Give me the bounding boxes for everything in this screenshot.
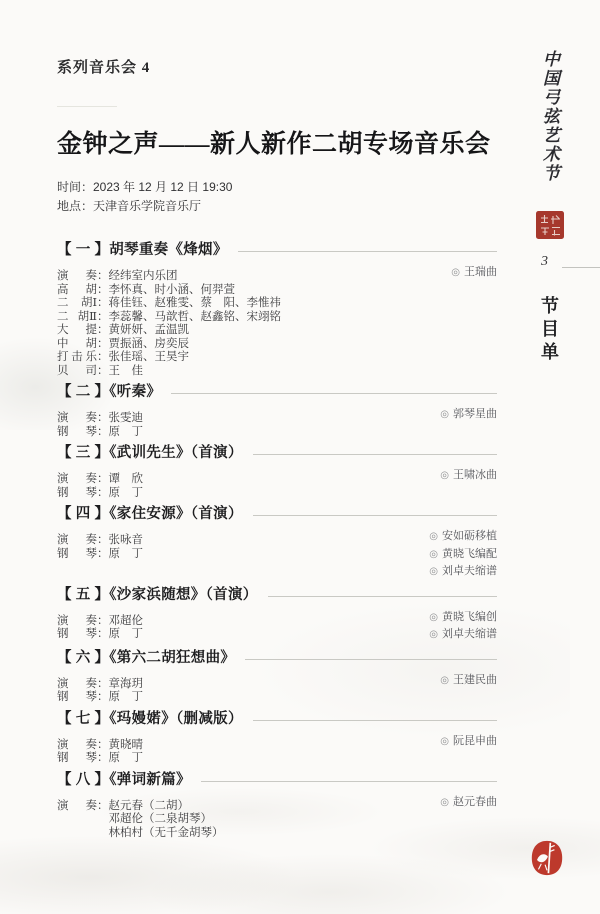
performer-role-char: 演 bbox=[57, 473, 69, 487]
credit-bullet-icon: ◎ bbox=[429, 566, 438, 577]
credit-list: ◎王啸冰曲 bbox=[440, 464, 497, 485]
title-rule bbox=[253, 720, 497, 721]
credit-line: ◎黄晓飞编创 bbox=[429, 609, 497, 627]
performer-names: 原 丁 bbox=[109, 426, 144, 440]
program-item-title: 【 三 】《武训先生》（首演） bbox=[57, 443, 243, 464]
performer-names: 张佳瑶、王昊宇 bbox=[109, 351, 190, 365]
role-colon: ： bbox=[97, 412, 109, 426]
performer-names: 黄妍妍、孟温凯 bbox=[109, 324, 190, 338]
program-item: 【 三 】《武训先生》（首演）演奏：谭 欣钢琴：原 丁◎王啸冰曲 bbox=[57, 443, 497, 500]
performer-role-char: 钢 bbox=[57, 487, 69, 501]
program-item-body: 演奏：张咏音钢琴：原 丁◎安如砺移植◎黄晓飞编配◎刘卓夫缩谱 bbox=[57, 525, 497, 581]
performer-line: 二胡Ⅱ：李蕊馨、马歆哲、赵鑫铭、宋翊铭 bbox=[57, 311, 281, 325]
performer-line: 大提：黄妍妍、孟温凯 bbox=[57, 324, 281, 338]
performer-line: 中胡：贾振涵、房奕辰 bbox=[57, 338, 281, 352]
performer-list: 演奏：邓超伦钢琴：原 丁 bbox=[57, 606, 143, 642]
role-colon: ： bbox=[97, 739, 109, 753]
performer-role-char: 钢 bbox=[57, 628, 69, 642]
performer-line: 二胡Ⅰ：蒋佳钰、赵雅雯、蔡 阳、李惟祎 bbox=[57, 297, 281, 311]
performer-role-char: 大 bbox=[57, 324, 69, 338]
performer-role: 中胡 bbox=[57, 338, 97, 352]
role-colon: ： bbox=[97, 426, 109, 440]
performer-line: 钢琴：原 丁 bbox=[57, 691, 143, 705]
program-item-body: 演奏：邓超伦钢琴：原 丁◎黄晓飞编创◎刘卓夫缩谱 bbox=[57, 606, 497, 644]
performer-role: 演奏 bbox=[57, 534, 97, 548]
credit-line: ◎郭琴星曲 bbox=[440, 406, 497, 424]
program-item-header: 【 六 】《第六二胡狂想曲》 bbox=[57, 648, 497, 669]
role-colon: ： bbox=[97, 534, 109, 548]
credit-text: 黄晓飞编配 bbox=[442, 548, 497, 560]
performer-role: 贝司 bbox=[57, 365, 97, 379]
program-item: 【 四 】《家住安源》（首演）演奏：张咏音钢琴：原 丁◎安如砺移植◎黄晓飞编配◎… bbox=[57, 504, 497, 581]
role-colon: ： bbox=[97, 800, 109, 814]
credit-bullet-icon: ◎ bbox=[451, 267, 460, 278]
program-item: 【 七 】《玛嫚婼》（删减版）演奏：黄晓晴钢琴：原 丁◎阮昆申曲 bbox=[57, 709, 497, 766]
performer-role-char: 二 bbox=[57, 297, 69, 311]
program-item-header: 【 五 】《沙家浜随想》（首演） bbox=[57, 585, 497, 606]
performer-role-char: 高 bbox=[57, 284, 69, 298]
program-item-number: 【 二 】 bbox=[57, 384, 109, 400]
performer-role-char: 琴 bbox=[86, 548, 98, 562]
performer-role-char: 演 bbox=[57, 800, 69, 814]
performer-role: 演奏 bbox=[57, 739, 97, 753]
program-item-name: 《家住安源》（首演） bbox=[109, 506, 243, 522]
performer-names: 林柏村（无千金胡琴） bbox=[109, 827, 224, 841]
performer-role-char: 奏 bbox=[86, 412, 98, 426]
performer-list: 演奏：谭 欣钢琴：原 丁 bbox=[57, 464, 143, 500]
performer-role-char: 胡Ⅰ bbox=[81, 297, 97, 311]
series-divider bbox=[57, 106, 117, 107]
performer-role-char: 奏 bbox=[86, 473, 98, 487]
program-item-number: 【 一 】 bbox=[57, 242, 109, 258]
performer-role-char: 钢 bbox=[57, 426, 69, 440]
performer-list: 演奏：赵元春（二胡）：邓超伦（二泉胡琴）：林柏村（无千金胡琴） bbox=[57, 791, 224, 841]
credit-text: 黄晓飞编创 bbox=[442, 611, 497, 623]
performer-role-char: 钢 bbox=[57, 548, 69, 562]
program-item-title: 【 八 】《弹词新篇》 bbox=[57, 770, 191, 791]
credit-text: 刘卓夫缩谱 bbox=[442, 628, 497, 640]
performer-names: 经纬室内乐团 bbox=[109, 270, 178, 284]
program-item-body: 演奏：黄晓晴钢琴：原 丁◎阮昆申曲 bbox=[57, 730, 497, 766]
concert-title: 金钟之声——新人新作二胡专场音乐会 bbox=[57, 124, 491, 160]
performer-line: 钢琴：原 丁 bbox=[57, 628, 143, 642]
credit-bullet-icon: ◎ bbox=[440, 736, 449, 747]
performer-role: 大提 bbox=[57, 324, 97, 338]
performer-role-char: 击 bbox=[71, 351, 83, 365]
credit-text: 王建民曲 bbox=[453, 674, 497, 686]
performer-list: 演奏：张雯迪钢琴：原 丁 bbox=[57, 403, 143, 439]
credit-text: 刘卓夫缩谱 bbox=[442, 565, 497, 577]
performer-names: 贾振涵、房奕辰 bbox=[109, 338, 190, 352]
program-item-body: 演奏：赵元春（二胡）：邓超伦（二泉胡琴）：林柏村（无千金胡琴）◎赵元春曲 bbox=[57, 791, 497, 841]
series-label: 系列音乐会 4 bbox=[57, 56, 150, 77]
performer-role: 演奏 bbox=[57, 678, 97, 692]
program-item-body: 演奏：章海玥钢琴：原 丁◎王建民曲 bbox=[57, 669, 497, 705]
credit-line: ◎安如砺移植 bbox=[429, 528, 497, 546]
section-title: 节目单 bbox=[536, 296, 562, 365]
program-item: 【 八 】《弹词新篇》演奏：赵元春（二胡）：邓超伦（二泉胡琴）：林柏村（无千金胡… bbox=[57, 770, 497, 841]
performer-line: 演奏：赵元春（二胡） bbox=[57, 800, 224, 814]
performer-names: 李怀真、时小涵、何羿萱 bbox=[109, 284, 236, 298]
credit-bullet-icon: ◎ bbox=[429, 629, 438, 640]
performer-role-char: 提 bbox=[86, 324, 98, 338]
program-item-header: 【 七 】《玛嫚婼》（删减版） bbox=[57, 709, 497, 730]
performer-names: 原 丁 bbox=[109, 691, 144, 705]
credit-list: ◎赵元春曲 bbox=[440, 791, 497, 812]
title-rule bbox=[171, 393, 497, 394]
performer-role: 钢琴 bbox=[57, 548, 97, 562]
performer-line: 钢琴：原 丁 bbox=[57, 548, 143, 562]
program-item-number: 【 三 】 bbox=[57, 445, 109, 461]
performer-role: 钢琴 bbox=[57, 426, 97, 440]
performer-role-char: 胡 bbox=[86, 338, 98, 352]
credit-bullet-icon: ◎ bbox=[429, 531, 438, 542]
performer-role-char: 贝 bbox=[57, 365, 69, 379]
credit-line: ◎赵元春曲 bbox=[440, 794, 497, 812]
credit-list: ◎阮昆申曲 bbox=[440, 730, 497, 751]
credit-line: ◎刘卓夫缩谱 bbox=[429, 563, 497, 581]
performer-role-char: 琴 bbox=[86, 752, 98, 766]
role-colon: ： bbox=[97, 270, 109, 284]
performer-role-char: 乐 bbox=[86, 351, 98, 365]
credit-text: 王瑞曲 bbox=[464, 266, 497, 278]
program-item-title: 【 五 】《沙家浜随想》（首演） bbox=[57, 585, 258, 606]
concert-venue: 地点：天津音乐学院音乐厅 bbox=[57, 197, 232, 216]
program-item-title: 【 四 】《家住安源》（首演） bbox=[57, 504, 243, 525]
program-item: 【 一 】胡琴重奏《烽烟》演奏：经纬室内乐团高胡：李怀真、时小涵、何羿萱二胡Ⅰ：… bbox=[57, 240, 497, 378]
performer-line: 贝司：王 佳 bbox=[57, 365, 281, 379]
performer-role-char: 胡 bbox=[86, 284, 98, 298]
performer-line: ：林柏村（无千金胡琴） bbox=[57, 827, 224, 841]
performer-names: 谭 欣 bbox=[109, 473, 144, 487]
performer-role: 演奏 bbox=[57, 412, 97, 426]
concert-meta: 时间：2023 年 12 月 12 日 19:30 地点：天津音乐学院音乐厅 bbox=[57, 178, 232, 215]
performer-line: 钢琴：原 丁 bbox=[57, 752, 143, 766]
performer-role-char: 二 bbox=[57, 311, 69, 325]
role-colon: ： bbox=[97, 338, 109, 352]
performer-line: 演奏：谭 欣 bbox=[57, 473, 143, 487]
program-item-name: 《听秦》 bbox=[109, 384, 161, 400]
performer-names: 蒋佳钰、赵雅雯、蔡 阳、李惟祎 bbox=[109, 297, 282, 311]
program-item-name: 胡琴重奏《烽烟》 bbox=[109, 242, 227, 258]
performer-role: 钢琴 bbox=[57, 628, 97, 642]
program-item-header: 【 二 】《听秦》 bbox=[57, 382, 497, 403]
performer-role-char: 奏 bbox=[86, 800, 98, 814]
performer-list: 演奏：黄晓晴钢琴：原 丁 bbox=[57, 730, 143, 766]
performer-role: 二胡Ⅱ bbox=[57, 311, 97, 325]
title-rule bbox=[245, 659, 497, 660]
performer-role: 二胡Ⅰ bbox=[57, 297, 97, 311]
credit-line: ◎阮昆申曲 bbox=[440, 733, 497, 751]
program-item-header: 【 一 】胡琴重奏《烽烟》 bbox=[57, 240, 497, 261]
performer-role-char: 演 bbox=[57, 412, 69, 426]
performer-role: 打击乐 bbox=[57, 351, 97, 365]
credit-bullet-icon: ◎ bbox=[440, 409, 449, 420]
credit-text: 郭琴星曲 bbox=[453, 408, 497, 420]
performer-names: 张咏音 bbox=[109, 534, 144, 548]
credit-list: ◎安如砺移植◎黄晓飞编配◎刘卓夫缩谱 bbox=[429, 525, 497, 581]
performer-line: 打击乐：张佳瑶、王昊宇 bbox=[57, 351, 281, 365]
performer-role-char: 演 bbox=[57, 678, 69, 692]
program-item-body: 演奏：经纬室内乐团高胡：李怀真、时小涵、何羿萱二胡Ⅰ：蒋佳钰、赵雅雯、蔡 阳、李… bbox=[57, 261, 497, 378]
program-item-number: 【 八 】 bbox=[57, 772, 109, 788]
performer-role-char: 中 bbox=[57, 338, 69, 352]
role-colon: ： bbox=[97, 752, 109, 766]
performer-line: 演奏：张雯迪 bbox=[57, 412, 143, 426]
performer-names: 邓超伦（二泉胡琴） bbox=[109, 813, 213, 827]
performer-role: 演奏 bbox=[57, 800, 97, 814]
performer-role bbox=[57, 813, 97, 827]
program-item: 【 五 】《沙家浜随想》（首演）演奏：邓超伦钢琴：原 丁◎黄晓飞编创◎刘卓夫缩谱 bbox=[57, 585, 497, 644]
festival-seal-icon bbox=[536, 211, 564, 239]
performer-names: 邓超伦 bbox=[109, 615, 144, 629]
role-colon: ： bbox=[97, 628, 109, 642]
performer-line: 高胡：李怀真、时小涵、何羿萱 bbox=[57, 284, 281, 298]
performer-role-char: 奏 bbox=[86, 534, 98, 548]
festival-calligraphy: 中国弓弦艺术节 bbox=[534, 50, 564, 200]
program-item-name: 《玛嫚婼》（删减版） bbox=[109, 711, 243, 727]
performer-role-char: 演 bbox=[57, 739, 69, 753]
performer-names: 原 丁 bbox=[109, 548, 144, 562]
performer-role-char: 司 bbox=[86, 365, 98, 379]
credit-list: ◎黄晓飞编创◎刘卓夫缩谱 bbox=[429, 606, 497, 644]
role-colon: ： bbox=[97, 691, 109, 705]
festival-logo-icon bbox=[529, 839, 565, 877]
role-colon: ： bbox=[97, 284, 109, 298]
performer-list: 演奏：章海玥钢琴：原 丁 bbox=[57, 669, 143, 705]
title-rule bbox=[253, 515, 497, 516]
performer-role: 高胡 bbox=[57, 284, 97, 298]
performer-names: 李蕊馨、马歆哲、赵鑫铭、宋翊铭 bbox=[109, 311, 282, 325]
concert-time: 时间：2023 年 12 月 12 日 19:30 bbox=[57, 178, 232, 197]
credit-bullet-icon: ◎ bbox=[440, 470, 449, 481]
program-item-header: 【 四 】《家住安源》（首演） bbox=[57, 504, 497, 525]
performer-role-char: 琴 bbox=[86, 628, 98, 642]
performer-role-char: 奏 bbox=[86, 615, 98, 629]
credit-bullet-icon: ◎ bbox=[429, 612, 438, 623]
program-item-header: 【 三 】《武训先生》（首演） bbox=[57, 443, 497, 464]
program-item-name: 《武训先生》（首演） bbox=[109, 445, 243, 461]
role-colon: ： bbox=[97, 548, 109, 562]
performer-line: 演奏：章海玥 bbox=[57, 678, 143, 692]
performer-role bbox=[57, 827, 97, 841]
title-rule bbox=[268, 596, 497, 597]
performer-role-char: 钢 bbox=[57, 752, 69, 766]
program-item-name: 《沙家浜随想》（首演） bbox=[109, 587, 257, 603]
credit-list: ◎王瑞曲 bbox=[451, 261, 497, 282]
performer-role-char: 打 bbox=[57, 351, 69, 365]
program-item-header: 【 八 】《弹词新篇》 bbox=[57, 770, 497, 791]
credit-text: 赵元春曲 bbox=[453, 796, 497, 808]
performer-line: 演奏：黄晓晴 bbox=[57, 739, 143, 753]
program-item-title: 【 二 】《听秦》 bbox=[57, 382, 161, 403]
performer-role-char: 演 bbox=[57, 615, 69, 629]
role-colon: ： bbox=[97, 311, 109, 325]
performer-role-char: 琴 bbox=[86, 487, 98, 501]
title-rule bbox=[201, 781, 497, 782]
performer-names: 原 丁 bbox=[109, 628, 144, 642]
role-colon: ： bbox=[97, 615, 109, 629]
performer-role-char: 琴 bbox=[86, 426, 98, 440]
performer-role: 钢琴 bbox=[57, 487, 97, 501]
performer-role: 演奏 bbox=[57, 270, 97, 284]
program-item-number: 【 五 】 bbox=[57, 587, 109, 603]
title-rule bbox=[238, 251, 497, 252]
credit-line: ◎王瑞曲 bbox=[451, 264, 497, 282]
credit-text: 阮昆申曲 bbox=[453, 735, 497, 747]
credit-bullet-icon: ◎ bbox=[440, 797, 449, 808]
page-number: 3 bbox=[541, 254, 548, 270]
program-item-number: 【 七 】 bbox=[57, 711, 109, 727]
role-colon: ： bbox=[97, 365, 109, 379]
credit-bullet-icon: ◎ bbox=[429, 549, 438, 560]
credit-text: 王啸冰曲 bbox=[453, 469, 497, 481]
program-list: 【 一 】胡琴重奏《烽烟》演奏：经纬室内乐团高胡：李怀真、时小涵、何羿萱二胡Ⅰ：… bbox=[57, 240, 497, 844]
performer-names: 王 佳 bbox=[109, 365, 144, 379]
credit-list: ◎王建民曲 bbox=[440, 669, 497, 690]
performer-role: 钢琴 bbox=[57, 691, 97, 705]
program-item-number: 【 六 】 bbox=[57, 650, 109, 666]
program-item-number: 【 四 】 bbox=[57, 506, 109, 522]
performer-names: 黄晓晴 bbox=[109, 739, 144, 753]
program-item-title: 【 六 】《第六二胡狂想曲》 bbox=[57, 648, 235, 669]
performer-role: 演奏 bbox=[57, 473, 97, 487]
performer-names: 张雯迪 bbox=[109, 412, 144, 426]
performer-role-char: 奏 bbox=[86, 678, 98, 692]
performer-names: 原 丁 bbox=[109, 487, 144, 501]
performer-role-char: 胡Ⅱ bbox=[78, 311, 97, 325]
program-item-title: 【 一 】胡琴重奏《烽烟》 bbox=[57, 240, 228, 261]
performer-role-char: 演 bbox=[57, 534, 69, 548]
program-item: 【 六 】《第六二胡狂想曲》演奏：章海玥钢琴：原 丁◎王建民曲 bbox=[57, 648, 497, 705]
page-number-rule bbox=[562, 267, 600, 268]
performer-line: ：邓超伦（二泉胡琴） bbox=[57, 813, 224, 827]
program-item-body: 演奏：谭 欣钢琴：原 丁◎王啸冰曲 bbox=[57, 464, 497, 500]
performer-role-char: 奏 bbox=[86, 270, 98, 284]
performer-line: 演奏：经纬室内乐团 bbox=[57, 270, 281, 284]
performer-names: 原 丁 bbox=[109, 752, 144, 766]
performer-line: 钢琴：原 丁 bbox=[57, 426, 143, 440]
title-rule bbox=[253, 454, 497, 455]
role-colon: ： bbox=[97, 473, 109, 487]
program-item: 【 二 】《听秦》演奏：张雯迪钢琴：原 丁◎郭琴星曲 bbox=[57, 382, 497, 439]
performer-line: 演奏：张咏音 bbox=[57, 534, 143, 548]
performer-line: 演奏：邓超伦 bbox=[57, 615, 143, 629]
role-colon: ： bbox=[97, 351, 109, 365]
credit-list: ◎郭琴星曲 bbox=[440, 403, 497, 424]
role-colon: ： bbox=[97, 297, 109, 311]
role-colon: ： bbox=[97, 324, 109, 338]
credit-line: ◎黄晓飞编配 bbox=[429, 546, 497, 564]
credit-line: ◎王啸冰曲 bbox=[440, 467, 497, 485]
credit-bullet-icon: ◎ bbox=[440, 675, 449, 686]
performer-role-char: 琴 bbox=[86, 691, 98, 705]
performer-names: 章海玥 bbox=[109, 678, 144, 692]
performer-list: 演奏：张咏音钢琴：原 丁 bbox=[57, 525, 143, 561]
program-item-body: 演奏：张雯迪钢琴：原 丁◎郭琴星曲 bbox=[57, 403, 497, 439]
performer-list: 演奏：经纬室内乐团高胡：李怀真、时小涵、何羿萱二胡Ⅰ：蒋佳钰、赵雅雯、蔡 阳、李… bbox=[57, 261, 281, 378]
program-item-title: 【 七 】《玛嫚婼》（删减版） bbox=[57, 709, 243, 730]
role-colon: ： bbox=[97, 487, 109, 501]
credit-line: ◎刘卓夫缩谱 bbox=[429, 626, 497, 644]
credit-line: ◎王建民曲 bbox=[440, 672, 497, 690]
program-page: 系列音乐会 4 金钟之声——新人新作二胡专场音乐会 时间：2023 年 12 月… bbox=[0, 0, 600, 914]
performer-names: 赵元春（二胡） bbox=[109, 800, 190, 814]
performer-role-char: 演 bbox=[57, 270, 69, 284]
performer-role-char: 钢 bbox=[57, 691, 69, 705]
performer-role: 演奏 bbox=[57, 615, 97, 629]
program-item-name: 《第六二胡狂想曲》 bbox=[109, 650, 235, 666]
credit-text: 安如砺移植 bbox=[442, 530, 497, 542]
role-colon: ： bbox=[97, 678, 109, 692]
performer-line: 钢琴：原 丁 bbox=[57, 487, 143, 501]
program-item-name: 《弹词新篇》 bbox=[109, 772, 191, 788]
performer-role-char: 奏 bbox=[86, 739, 98, 753]
performer-role: 钢琴 bbox=[57, 752, 97, 766]
